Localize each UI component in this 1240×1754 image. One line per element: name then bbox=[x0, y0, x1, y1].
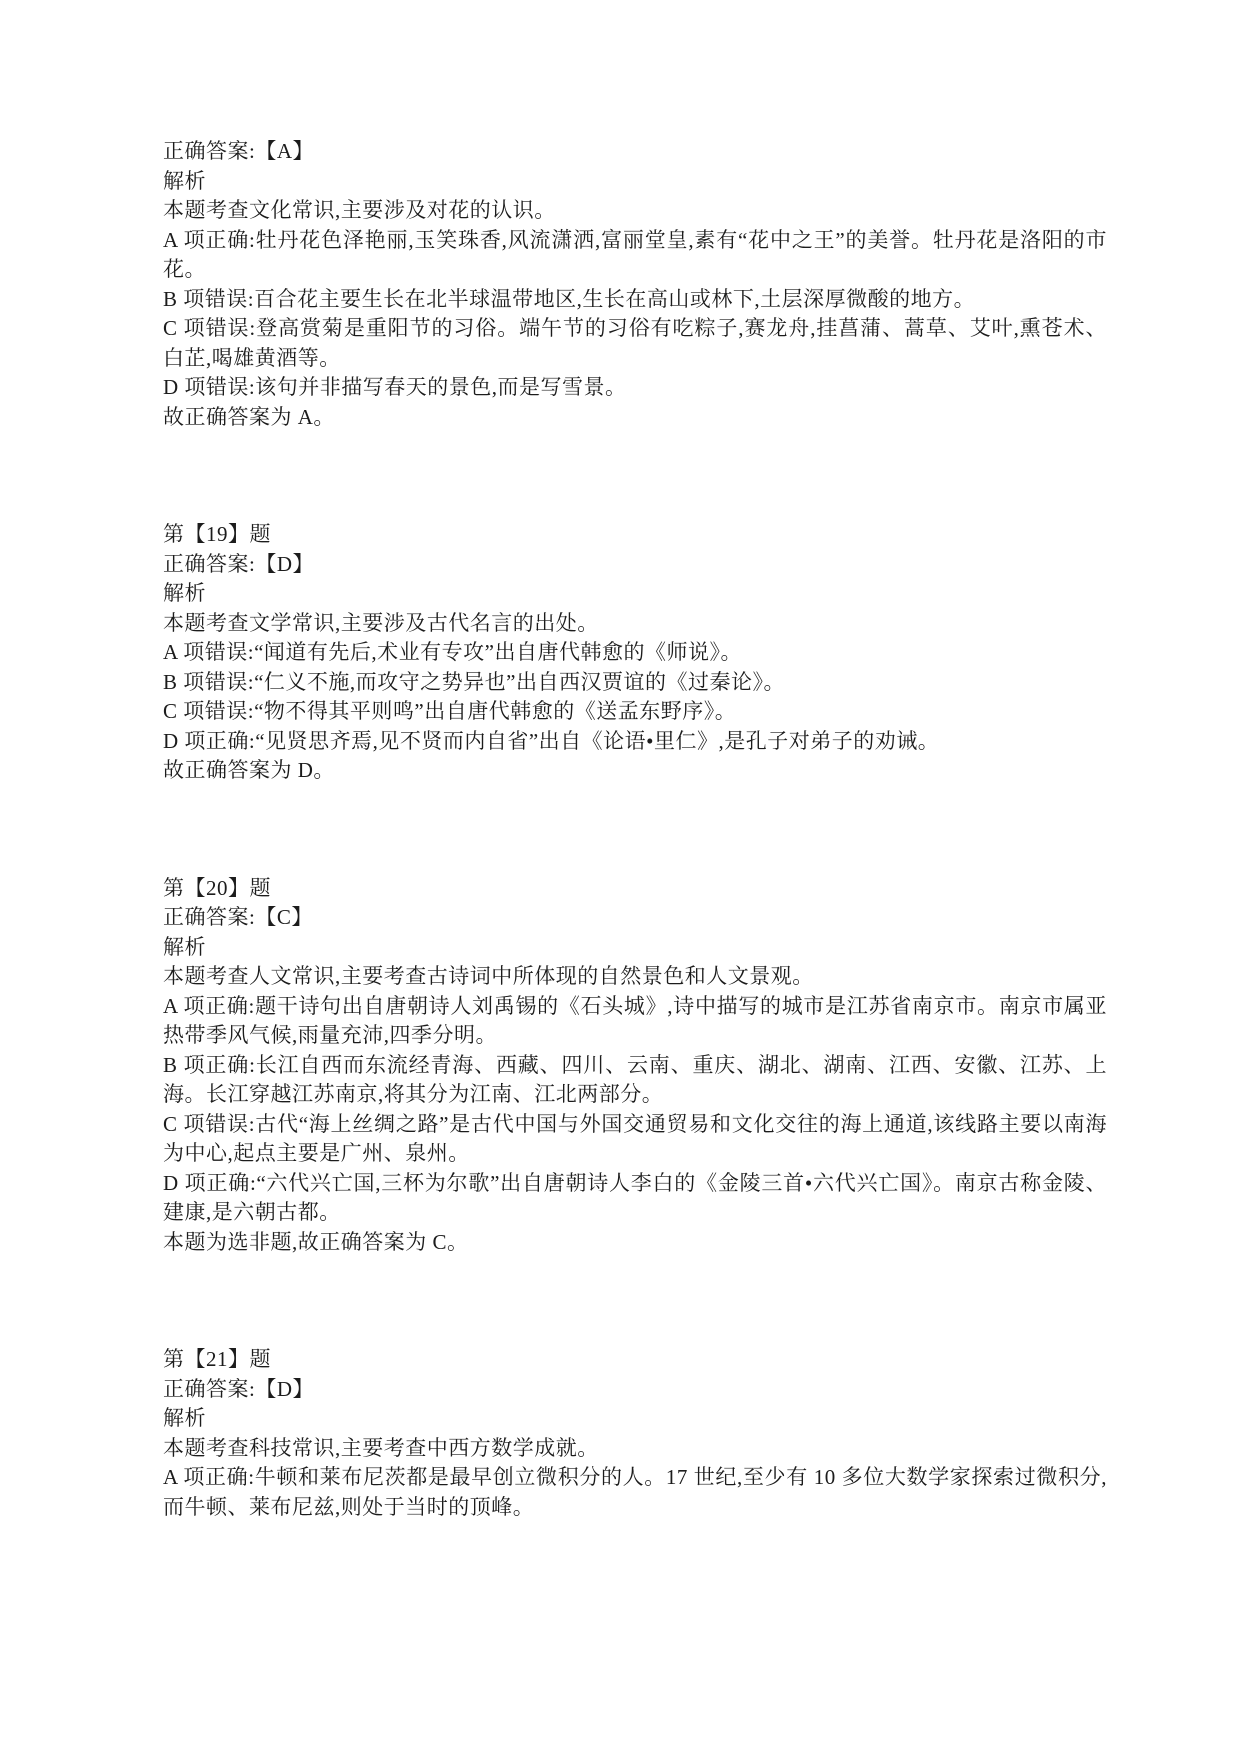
document-page: 正确答案:【A】解析本题考查文化常识,主要涉及对花的认识。A 项正确:牡丹花色泽… bbox=[0, 0, 1240, 1754]
option-b-analysis: B 项错误:“仁义不施,而攻守之势异也”出自西汉贾谊的《过秦论》。 bbox=[163, 668, 1107, 698]
option-a-analysis: A 项正确:牡丹花色泽艳丽,玉笑珠香,风流潇洒,富丽堂皇,素有“花中之王”的美誉… bbox=[163, 226, 1107, 285]
conclusion-line: 故正确答案为 A。 bbox=[163, 403, 1107, 433]
option-c-analysis: C 项错误:“物不得其平则鸣”出自唐代韩愈的《送孟东野序》。 bbox=[163, 697, 1107, 727]
option-a-analysis: A 项正确:牛顿和莱布尼茨都是最早创立微积分的人。17 世纪,至少有 10 多位… bbox=[163, 1463, 1107, 1522]
option-c-analysis: C 项错误:登高赏菊是重阳节的习俗。端午节的习俗有吃粽子,赛龙舟,挂菖蒲、蒿草、… bbox=[163, 314, 1107, 373]
option-d-analysis: D 项正确:“见贤思齐焉,见不贤而内自省”出自《论语•里仁》,是孔子对弟子的劝诫… bbox=[163, 727, 1107, 757]
option-c-analysis: C 项错误:古代“海上丝绸之路”是古代中国与外国交通贸易和文化交往的海上通道,该… bbox=[163, 1110, 1107, 1169]
analysis-label: 解析 bbox=[163, 1404, 1107, 1434]
analysis-label: 解析 bbox=[163, 167, 1107, 197]
question-block: 第【19】题正确答案:【D】解析本题考查文学常识,主要涉及古代名言的出处。A 项… bbox=[163, 520, 1107, 786]
question-header: 第【20】题 bbox=[163, 874, 1107, 904]
analysis-intro: 本题考查人文常识,主要考查古诗词中所体现的自然景色和人文景观。 bbox=[163, 962, 1107, 992]
option-d-analysis: D 项正确:“六代兴亡国,三杯为尔歌”出自唐朝诗人李白的《金陵三首•六代兴亡国》… bbox=[163, 1169, 1107, 1228]
analysis-intro: 本题考查文学常识,主要涉及古代名言的出处。 bbox=[163, 609, 1107, 639]
analysis-intro: 本题考查科技常识,主要考查中西方数学成就。 bbox=[163, 1434, 1107, 1464]
question-block: 第【20】题正确答案:【C】解析本题考查人文常识,主要考查古诗词中所体现的自然景… bbox=[163, 874, 1107, 1258]
conclusion-line: 故正确答案为 D。 bbox=[163, 756, 1107, 786]
question-block: 正确答案:【A】解析本题考查文化常识,主要涉及对花的认识。A 项正确:牡丹花色泽… bbox=[163, 137, 1107, 432]
analysis-label: 解析 bbox=[163, 579, 1107, 609]
option-b-analysis: B 项错误:百合花主要生长在北半球温带地区,生长在高山或林下,土层深厚微酸的地方… bbox=[163, 285, 1107, 315]
analysis-label: 解析 bbox=[163, 933, 1107, 963]
option-d-analysis: D 项错误:该句并非描写春天的景色,而是写雪景。 bbox=[163, 373, 1107, 403]
answer-line: 正确答案:【D】 bbox=[163, 550, 1107, 580]
option-b-analysis: B 项正确:长江自西而东流经青海、西藏、四川、云南、重庆、湖北、湖南、江西、安徽… bbox=[163, 1051, 1107, 1110]
analysis-intro: 本题考查文化常识,主要涉及对花的认识。 bbox=[163, 196, 1107, 226]
option-a-analysis: A 项错误:“闻道有先后,术业有专攻”出自唐代韩愈的《师说》。 bbox=[163, 638, 1107, 668]
conclusion-line: 本题为选非题,故正确答案为 C。 bbox=[163, 1228, 1107, 1258]
document-content: 正确答案:【A】解析本题考查文化常识,主要涉及对花的认识。A 项正确:牡丹花色泽… bbox=[163, 137, 1107, 1522]
answer-line: 正确答案:【A】 bbox=[163, 137, 1107, 167]
question-header: 第【19】题 bbox=[163, 520, 1107, 550]
answer-line: 正确答案:【C】 bbox=[163, 903, 1107, 933]
question-header: 第【21】题 bbox=[163, 1345, 1107, 1375]
option-a-analysis: A 项正确:题干诗句出自唐朝诗人刘禹锡的《石头城》,诗中描写的城市是江苏省南京市… bbox=[163, 992, 1107, 1051]
question-block: 第【21】题正确答案:【D】解析本题考查科技常识,主要考查中西方数学成就。A 项… bbox=[163, 1345, 1107, 1522]
answer-line: 正确答案:【D】 bbox=[163, 1375, 1107, 1405]
